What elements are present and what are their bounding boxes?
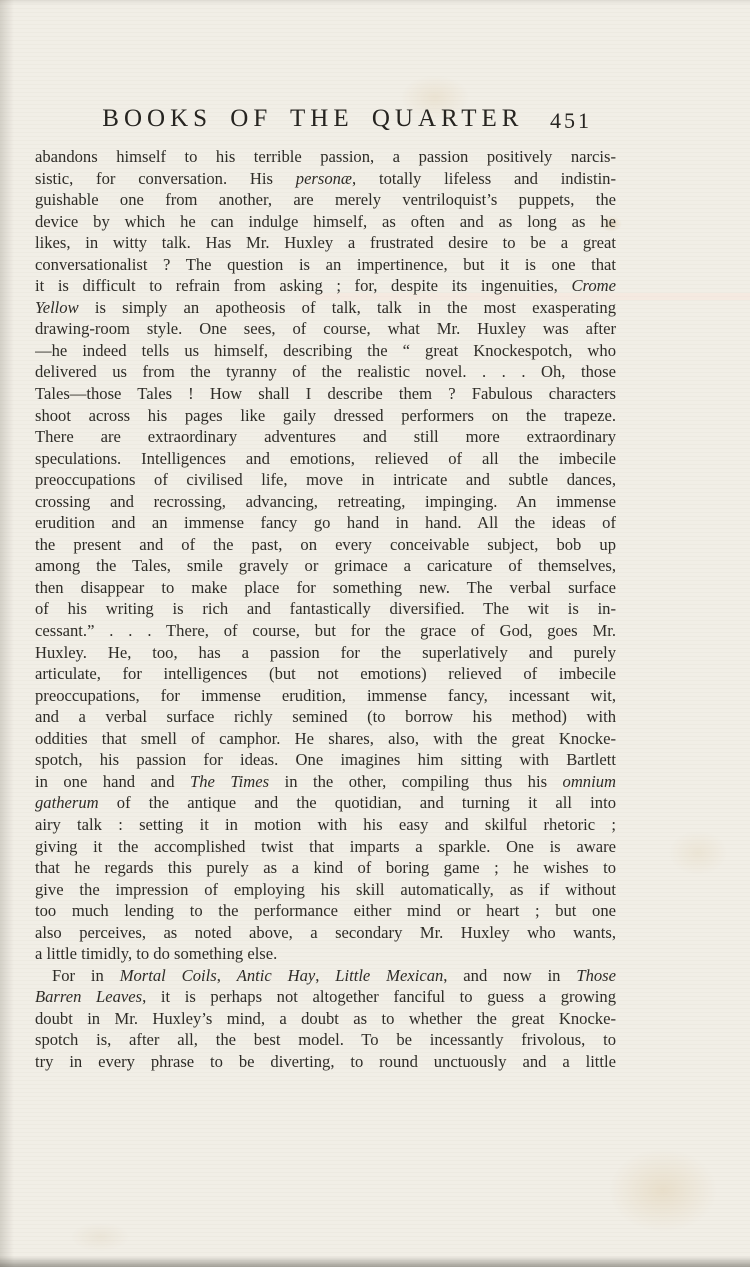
text-segment: , [217, 966, 237, 985]
text-segment: of the antique and the quotidian, and tu… [99, 793, 616, 812]
text-segment: Huxley. He, too, has a passion for the s… [35, 643, 616, 662]
text-segment: shoot across his pages like gaily dresse… [35, 406, 616, 425]
text-line: it is difficult to refrain from asking ;… [35, 275, 616, 297]
text-line: Barren Leaves, it is perhaps not altoget… [35, 986, 616, 1008]
text-line: spotch, his passion for ideas. One imagi… [35, 749, 616, 771]
text-segment: then disappear to make place for somethi… [35, 578, 616, 597]
text-segment: in the other, compiling thus his [269, 772, 562, 791]
italic-text-segment: omnium [563, 772, 616, 791]
text-segment: , and now in [443, 966, 576, 985]
text-line: There are extraordinary adventures and s… [35, 426, 616, 448]
scan-edge-top [0, 0, 750, 5]
book-page: BOOKS OF THE QUARTER 451 abandons himsel… [0, 0, 750, 1267]
text-segment: guishable one from another, are merely v… [35, 190, 616, 209]
text-line: that he regards this purely as a kind of… [35, 857, 616, 879]
text-line: then disappear to make place for somethi… [35, 577, 616, 599]
text-line: too much lending to the performance eith… [35, 900, 616, 922]
scan-edge-left [0, 0, 14, 1267]
text-line: sistic, for conversation. His personæ, t… [35, 168, 616, 190]
text-segment: it is difficult to refrain from asking ;… [35, 276, 571, 295]
text-segment: try in every phrase to be diverting, to … [35, 1052, 616, 1071]
text-line: guishable one from another, are merely v… [35, 189, 616, 211]
text-line: erudition and an immense fancy go hand i… [35, 512, 616, 534]
text-segment: give the impression of employing his ski… [35, 880, 616, 899]
page-number: 451 [550, 108, 592, 134]
italic-text-segment: Little Mexican [335, 966, 443, 985]
paper-stain [70, 1222, 130, 1252]
paper-stain [668, 830, 728, 876]
text-line: Tales—those Tales ! How shall I describe… [35, 383, 616, 405]
text-line: likes, in witty talk. Has Mr. Huxley a f… [35, 232, 616, 254]
text-segment: conversationalist ? The question is an i… [35, 255, 616, 274]
text-line: For in Mortal Coils, Antic Hay, Little M… [35, 965, 616, 987]
italic-text-segment: Those [576, 966, 616, 985]
text-segment: drawing-room style. One sees, of course,… [35, 319, 616, 338]
text-line: speculations. Intelligences and emotions… [35, 448, 616, 470]
text-segment: the present and of the past, on every co… [35, 535, 616, 554]
text-line: try in every phrase to be diverting, to … [35, 1051, 616, 1073]
italic-text-segment: personæ [296, 169, 352, 188]
text-segment: There are extraordinary adventures and s… [35, 427, 616, 446]
text-segment: preoccupations, for immense erudition, i… [35, 686, 616, 705]
text-segment: delivered us from the tyranny of the rea… [35, 362, 616, 381]
text-line: among the Tales, smile gravely or grimac… [35, 555, 616, 577]
text-segment: oddities that smell of camphor. He share… [35, 729, 616, 748]
text-segment: , totally lifeless and indistin- [352, 169, 616, 188]
text-line: device by which he can indulge himself, … [35, 211, 616, 233]
text-line: preoccupations of civilised life, move i… [35, 469, 616, 491]
text-line: airy talk : setting it in motion with hi… [35, 814, 616, 836]
text-line: also perceives, as noted above, a second… [35, 922, 616, 944]
text-segment: likes, in witty talk. Has Mr. Huxley a f… [35, 233, 616, 252]
text-line: give the impression of employing his ski… [35, 879, 616, 901]
text-segment: of his writing is rich and fantastically… [35, 599, 616, 618]
text-line: drawing-room style. One sees, of course,… [35, 318, 616, 340]
text-segment: For in [52, 966, 120, 985]
text-line: preoccupations, for immense erudition, i… [35, 685, 616, 707]
text-line: of his writing is rich and fantastically… [35, 598, 616, 620]
text-segment: airy talk : setting it in motion with hi… [35, 815, 616, 834]
text-segment: erudition and an immense fancy go hand i… [35, 513, 616, 532]
text-line: conversationalist ? The question is an i… [35, 254, 616, 276]
text-line: the present and of the past, on every co… [35, 534, 616, 556]
text-line: spotch is, after all, the best model. To… [35, 1029, 616, 1051]
italic-text-segment: Barren Leaves [35, 987, 142, 1006]
text-line: articulate, for intelligences (but not e… [35, 663, 616, 685]
text-segment: and a verbal surface richly semined (to … [35, 707, 616, 726]
text-segment: among the Tales, smile gravely or grimac… [35, 556, 616, 575]
text-line: —he indeed tells us himself, describing … [35, 340, 616, 362]
text-line: a little timidly, to do something else. [35, 943, 616, 965]
text-line: crossing and recrossing, advancing, retr… [35, 491, 616, 513]
text-segment: —he indeed tells us himself, describing … [35, 341, 616, 360]
text-segment: spotch is, after all, the best model. To… [35, 1030, 616, 1049]
text-segment: preoccupations of civilised life, move i… [35, 470, 616, 489]
text-segment: too much lending to the performance eith… [35, 901, 616, 920]
text-segment: , [315, 966, 335, 985]
text-segment: abandons himself to his terrible passion… [35, 147, 616, 166]
italic-text-segment: Mortal Coils [120, 966, 217, 985]
italic-text-segment: Antic Hay [237, 966, 316, 985]
text-segment: device by which he can indulge himself, … [35, 212, 616, 231]
text-segment: cessant.” . . . There, of course, but fo… [35, 621, 616, 640]
text-line: cessant.” . . . There, of course, but fo… [35, 620, 616, 642]
text-segment: a little timidly, to do something else. [35, 944, 277, 963]
text-line: Yellow is simply an apotheosis of talk, … [35, 297, 616, 319]
text-line: giving it the accomplished twist that im… [35, 836, 616, 858]
text-line: abandons himself to his terrible passion… [35, 146, 616, 168]
text-line: oddities that smell of camphor. He share… [35, 728, 616, 750]
text-line: Huxley. He, too, has a passion for the s… [35, 642, 616, 664]
text-line: shoot across his pages like gaily dresse… [35, 405, 616, 427]
italic-text-segment: The Times [190, 772, 269, 791]
text-segment: doubt in Mr. Huxley’s mind, a doubt as t… [35, 1009, 616, 1028]
text-segment: in one hand and [35, 772, 190, 791]
scan-edge-bottom [0, 1256, 750, 1267]
text-line: gatherum of the antique and the quotidia… [35, 792, 616, 814]
text-segment: , it is perhaps not altogether fanciful … [142, 987, 616, 1006]
text-line: in one hand and The Times in the other, … [35, 771, 616, 793]
page-header-title: BOOKS OF THE QUARTER [102, 105, 523, 133]
body-text: abandons himself to his terrible passion… [35, 146, 616, 1073]
italic-text-segment: gatherum [35, 793, 99, 812]
text-line: and a verbal surface richly semined (to … [35, 706, 616, 728]
paper-stain [608, 1148, 718, 1233]
text-segment: speculations. Intelligences and emotions… [35, 449, 616, 468]
text-line: doubt in Mr. Huxley’s mind, a doubt as t… [35, 1008, 616, 1030]
text-segment: also perceives, as noted above, a second… [35, 923, 616, 942]
page-header: BOOKS OF THE QUARTER 451 [35, 105, 616, 141]
italic-text-segment: Crome [571, 276, 616, 295]
text-segment: is simply an apotheosis of talk, talk in… [79, 298, 616, 317]
text-segment: giving it the accomplished twist that im… [35, 837, 616, 856]
text-segment: Tales—those Tales ! How shall I describe… [35, 384, 616, 403]
italic-text-segment: Yellow [35, 298, 79, 317]
text-segment: articulate, for intelligences (but not e… [35, 664, 616, 683]
text-line: delivered us from the tyranny of the rea… [35, 361, 616, 383]
text-segment: that he regards this purely as a kind of… [35, 858, 616, 877]
text-segment: sistic, for conversation. His [35, 169, 296, 188]
text-segment: spotch, his passion for ideas. One imagi… [35, 750, 616, 769]
text-segment: crossing and recrossing, advancing, retr… [35, 492, 616, 511]
